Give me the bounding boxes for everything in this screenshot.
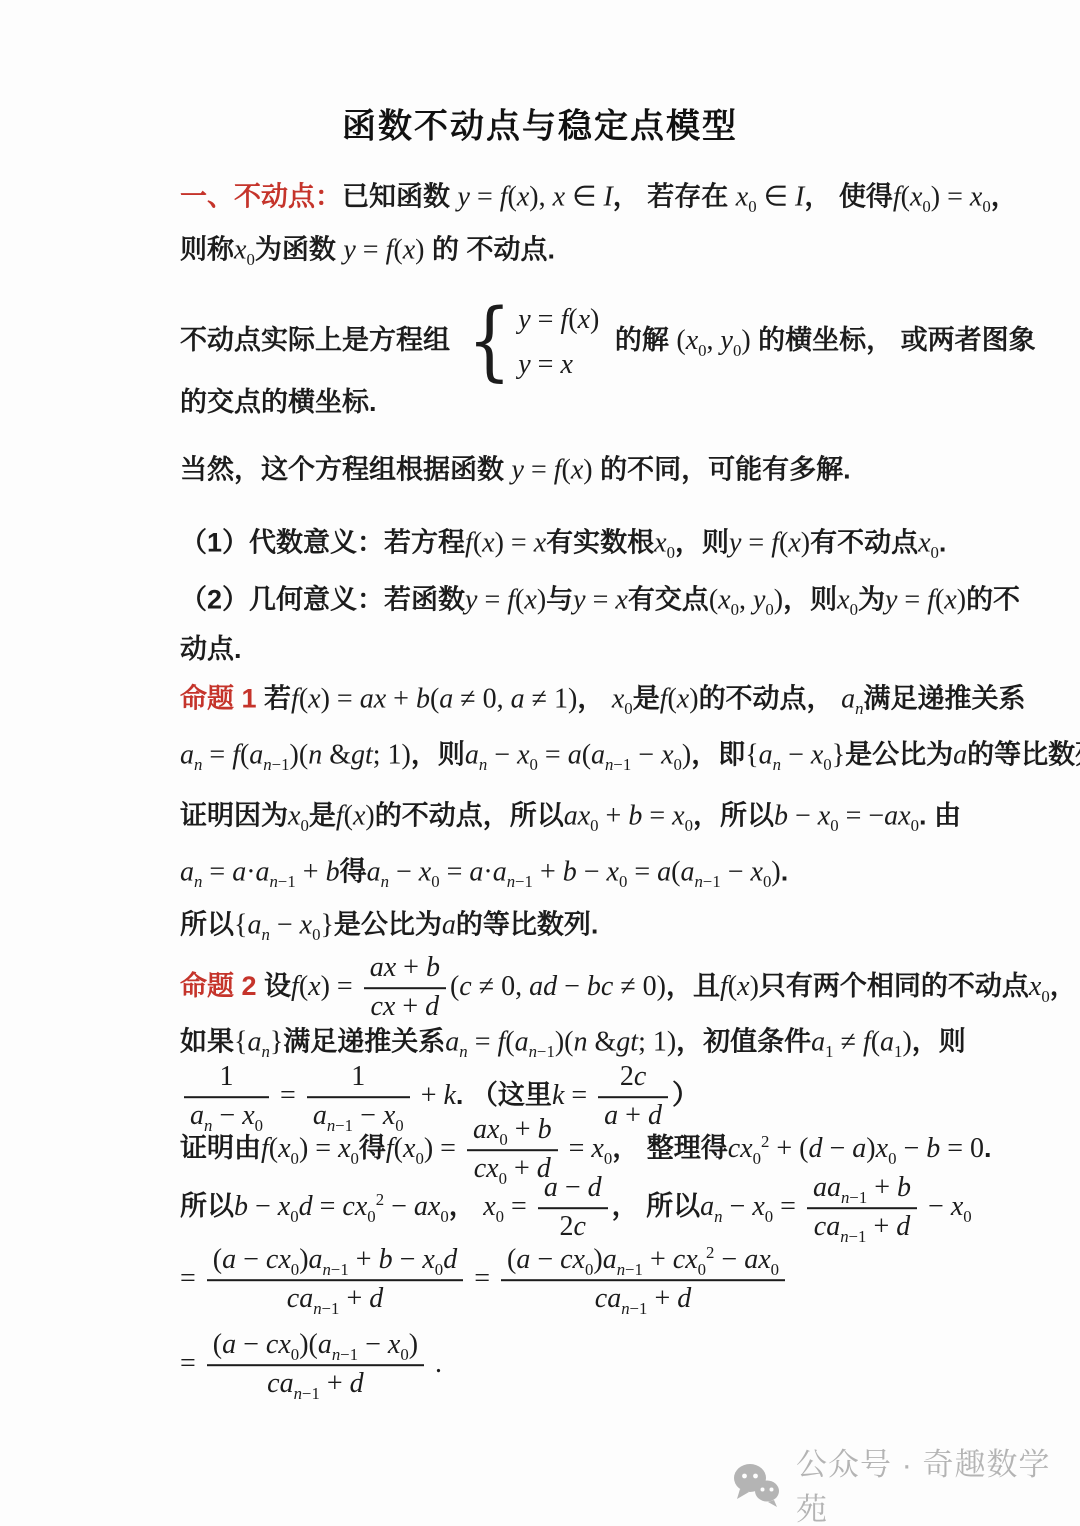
cn-text: . （这里	[456, 1080, 552, 1110]
cn-text: ，	[449, 1191, 484, 1221]
cn-text: 不动点实际上是方程组	[180, 325, 458, 355]
math-inline: an = a·an−1 + b	[180, 857, 340, 888]
cn-text: 的不动点，	[699, 684, 842, 714]
math-inline: an − x0 = a(an−1 − x0)	[465, 740, 691, 771]
cn-text: 满足递推关系	[863, 684, 1025, 714]
math-inline: (x0, y0)	[709, 585, 783, 616]
math-inline: + k	[414, 1080, 456, 1111]
math-inline: y = f(x)	[512, 455, 593, 486]
cn-text: ，则	[912, 1027, 966, 1057]
cn-text: 所以	[180, 910, 234, 940]
math-inline: f(x)	[660, 684, 699, 715]
cn-text: 有交点	[628, 585, 709, 615]
math-fraction: aan−1 + bcan−1 + d	[807, 1173, 917, 1243]
text-line: 当然，这个方程组根据函数 y = f(x) 的不同，可能有多解.	[180, 453, 851, 488]
math-inline: = x0	[562, 1133, 613, 1164]
text-line: 证明因为x0是f(x)的不动点，所以ax0 + b = x0，所以b − x0 …	[180, 799, 961, 834]
cn-text: ， 整理得	[612, 1133, 728, 1163]
cn-text: 为函数	[255, 235, 344, 265]
text-line: 则称x0为函数 y = f(x) 的 不动点.	[180, 233, 555, 268]
math-inline: =	[180, 1348, 203, 1379]
cn-text: 得	[340, 857, 367, 887]
cn-text: 的交点的横坐标.	[180, 387, 377, 417]
math-inline: y = f(x)	[885, 585, 966, 616]
math-inline: a	[953, 740, 967, 771]
text-line: 所以b − x0d = cx02 − ax0， x0 = a − d2c， 所以…	[180, 1173, 972, 1243]
cn-text: 若	[264, 684, 291, 714]
cn-text: ，所以	[693, 801, 774, 831]
cn-text: .	[984, 1133, 992, 1163]
text-line: 命题 2 设f(x) = ax + bcx + d(c ≠ 0, ad − bc…	[180, 953, 1077, 1023]
math-inline: an	[841, 684, 863, 715]
math-inline: a	[442, 910, 456, 941]
cn-text: ， 所以	[612, 1191, 701, 1221]
cn-text: 的解	[607, 325, 676, 355]
cn-text: 与	[546, 585, 573, 615]
cn-text: .	[781, 857, 789, 887]
cn-text: .	[939, 528, 947, 558]
equation-system: {y = f(x)y = x	[462, 301, 600, 383]
math-inline: f(x0) =	[386, 1133, 463, 1164]
math-inline: y = f(x)	[343, 235, 424, 266]
cn-text: ，	[991, 182, 1018, 212]
math-fraction: ax + bcx + d	[364, 953, 446, 1023]
math-inline: y = f(x)	[465, 585, 546, 616]
document-page: 函数不动点与稳定点模型 一、不动点：已知函数 y = f(x), x ∈ I， …	[0, 0, 1080, 1526]
math-fraction: (a − cx0)an−1 + b − x0dcan−1 + d	[207, 1245, 463, 1315]
math-inline: an − x0 = a·an−1 + b − x0 = a(an−1 − x0)	[367, 857, 781, 888]
math-inline: f(x0) = x0	[261, 1133, 359, 1164]
cn-text: ）	[672, 1080, 699, 1110]
math-inline: x0 ∈ I	[736, 182, 805, 213]
cn-text: ， 使得	[804, 182, 893, 212]
math-inline: f(x0) = x0	[893, 182, 991, 213]
math-fraction: a − d2c	[538, 1173, 608, 1243]
text-line: an = a·an−1 + b得an − x0 = a·an−1 + b − x…	[180, 855, 788, 890]
math-inline: f(x) = x	[465, 528, 546, 559]
math-inline: an = f(an−1)(n &gt; 1)	[180, 740, 411, 771]
math-inline: an = f(an−1)(n &gt; 1)	[445, 1027, 676, 1058]
math-inline: x0 =	[483, 1191, 534, 1222]
cn-text: ，则	[675, 528, 729, 558]
cn-text: 则称	[180, 235, 234, 265]
text-line: （2）几何意义：若函数y = f(x)与y = x有交点(x0, y0)，则x0…	[180, 583, 1020, 618]
math-inline: =	[180, 1263, 203, 1294]
cn-text: 有实数根	[546, 528, 654, 558]
math-inline: x0	[234, 235, 255, 266]
cn-text: 如果	[180, 1027, 234, 1057]
text-line: = (a − cx0)(an−1 − x0)can−1 + d .	[180, 1330, 442, 1400]
cn-text: 证明由	[180, 1133, 261, 1163]
math-inline: y = f(x)	[729, 528, 810, 559]
cn-text: 所以	[180, 1191, 234, 1221]
math-inline: {an − x0}	[234, 910, 334, 941]
text-line: 所以{an − x0}是公比为a的等比数列.	[180, 908, 598, 943]
cn-text: 只有两个相同的不动点	[759, 971, 1029, 1001]
heading-label: 命题 1	[180, 684, 264, 714]
watermark-footer: 公众号 · 奇趣数学苑	[730, 1439, 1080, 1526]
math-inline: =	[467, 1263, 497, 1294]
math-inline: a1 ≠ f(a1)	[811, 1027, 912, 1058]
heading-label: 一、不动点：	[180, 182, 342, 212]
cn-text: 已知函数	[342, 182, 458, 212]
watermark-label: 公众号 · 奇趣数学苑	[796, 1439, 1080, 1526]
math-inline: x0	[837, 585, 858, 616]
math-inline: x0	[612, 684, 633, 715]
math-inline: − x0	[921, 1191, 972, 1222]
math-inline: ax0 + b = x0	[564, 801, 693, 832]
math-inline: k =	[552, 1080, 594, 1111]
math-inline: .	[428, 1348, 442, 1379]
math-inline: =	[273, 1080, 303, 1111]
text-line: 一、不动点：已知函数 y = f(x), x ∈ I， 若存在 x0 ∈ I， …	[180, 180, 1018, 215]
cn-text: 满足递推关系	[283, 1027, 445, 1057]
left-brace: {	[467, 301, 511, 383]
cn-text: （2）几何意义：若函数	[180, 585, 465, 615]
cn-text: 为	[858, 585, 885, 615]
cn-text: 的不动点，所以	[375, 801, 564, 831]
math-fraction: (a − cx0)(an−1 − x0)can−1 + d	[207, 1330, 424, 1400]
cn-text: 的不	[966, 585, 1020, 615]
text-line: 动点.	[180, 633, 242, 667]
math-inline: y = x	[573, 585, 628, 616]
cn-text: 动点.	[180, 634, 242, 664]
math-fraction: (a − cx0)an−1 + cx02 − ax0can−1 + d	[501, 1245, 785, 1315]
cn-text: （1）代数意义：若方程	[180, 528, 465, 558]
cn-text: ， 若存在	[613, 182, 736, 212]
cn-text: 有不动点	[810, 528, 918, 558]
cn-text: 的等比数列.	[456, 910, 599, 940]
math-inline: f(x) = ax + b(a ≠ 0, a ≠ 1)	[291, 684, 577, 715]
math-inline: {an − x0}	[745, 740, 845, 771]
math-inline: f(x)	[336, 801, 375, 832]
cn-text: 设	[264, 971, 291, 1001]
cn-text: ，则	[411, 740, 465, 770]
cn-text: 是	[309, 801, 336, 831]
math-inline: cx02 + (d − a)x0 − b = 0	[728, 1133, 984, 1164]
cn-text: ，	[577, 684, 612, 714]
cn-text: 得	[359, 1133, 386, 1163]
cn-text: ，则	[783, 585, 837, 615]
cn-text: ，且	[666, 971, 720, 1001]
cn-text: 证明因为	[180, 801, 288, 831]
math-inline: {an}	[234, 1027, 283, 1058]
cn-text: 是公比为	[845, 740, 953, 770]
wechat-icon	[730, 1461, 782, 1507]
cn-text: ，初值条件	[676, 1027, 811, 1057]
math-inline: b − x0 = −ax0	[774, 801, 919, 832]
cn-text: 的等比数列.	[967, 740, 1080, 770]
math-inline: f(x) =	[291, 971, 360, 1002]
text-line: 不动点实际上是方程组 {y = f(x)y = x 的解 (x0, y0) 的横…	[180, 301, 1036, 383]
cn-text: ，即	[691, 740, 745, 770]
math-inline: (c ≠ 0, ad − bc ≠ 0)	[450, 971, 666, 1002]
math-inline: x0	[918, 528, 939, 559]
text-line: 如果{an}满足递推关系an = f(an−1)(n &gt; 1)，初值条件a…	[180, 1025, 966, 1060]
text-line: 命题 1 若f(x) = ax + b(a ≠ 0, a ≠ 1)， x0是f(…	[180, 682, 1025, 717]
cn-text: ，	[1050, 971, 1077, 1001]
cn-text: . 由	[919, 801, 961, 831]
cn-text: 的 不动点.	[424, 235, 555, 265]
math-inline: (x0, y0)	[676, 325, 750, 356]
math-inline: f(x)	[720, 971, 759, 1002]
cn-text: 是公比为	[334, 910, 442, 940]
text-line: （1）代数意义：若方程f(x) = x有实数根x0，则y = f(x)有不动点x…	[180, 526, 946, 561]
math-inline: an − x0 =	[700, 1191, 803, 1222]
cn-text: 的横坐标， 或两者图象	[751, 325, 1036, 355]
text-line: = (a − cx0)an−1 + b − x0dcan−1 + d = (a …	[180, 1245, 789, 1315]
math-inline: x0	[654, 528, 675, 559]
math-inline: x0	[288, 801, 309, 832]
math-inline: y = f(x), x ∈ I	[458, 182, 613, 213]
text-line: an = f(an−1)(n &gt; 1)，则an − x0 = a(an−1…	[180, 738, 1080, 773]
cn-text: 是	[633, 684, 660, 714]
page-title: 函数不动点与稳定点模型	[0, 99, 1080, 148]
math-inline: x0	[1029, 971, 1050, 1002]
cn-text: 当然，这个方程组根据函数	[180, 455, 512, 485]
math-inline: b − x0d = cx02 − ax0	[234, 1191, 449, 1222]
heading-label: 命题 2	[180, 971, 264, 1001]
cn-text: 的不同，可能有多解.	[593, 455, 851, 485]
text-line: 的交点的横坐标.	[180, 386, 377, 420]
